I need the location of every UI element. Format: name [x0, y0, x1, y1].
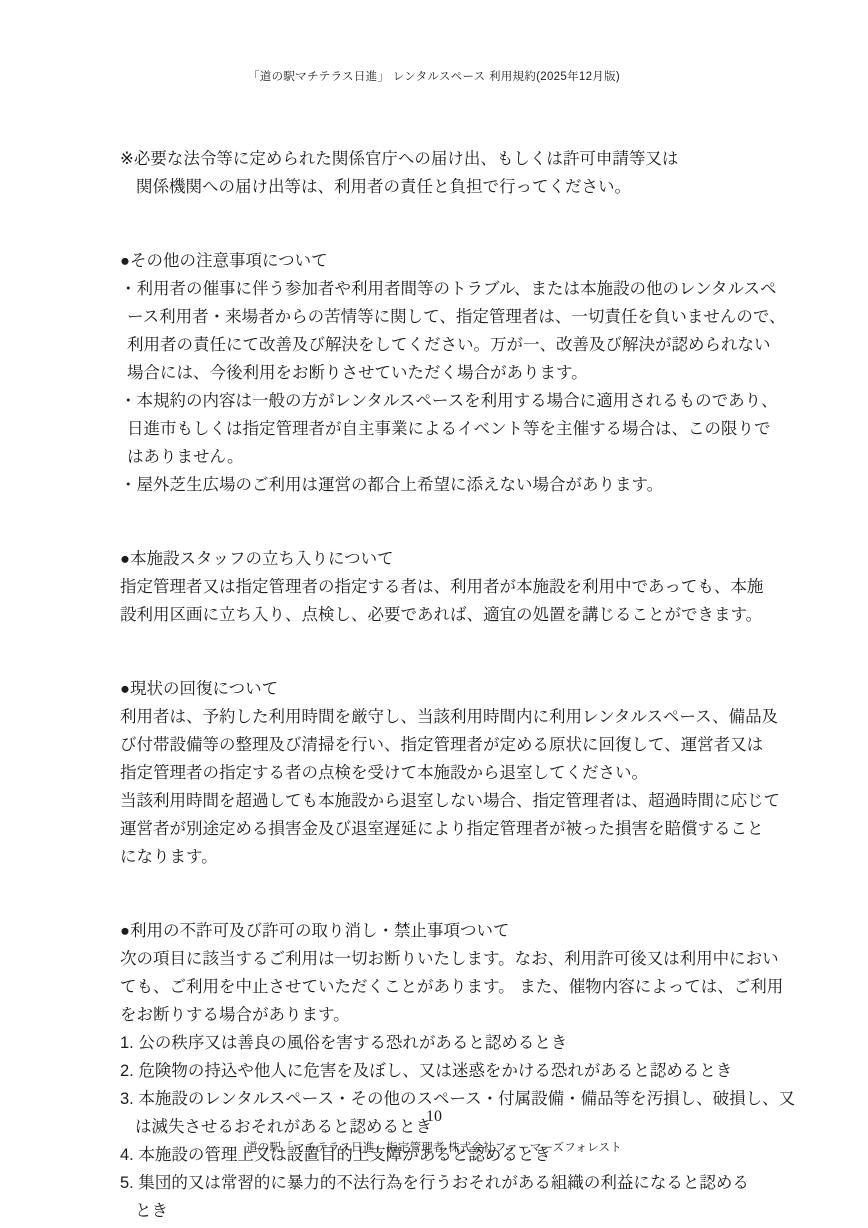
text-line: ース利用者・来場者からの苦情等に関して、指定管理者は、一切責任を負いませんので、 [120, 303, 760, 331]
text-line: 日進市もしくは指定管理者が自主事業によるイベント等を主催する場合は、この限りで [120, 415, 760, 443]
text-line: になります。 [120, 843, 760, 871]
note-block: ※必要な法令等に定められた関係官庁への届け出、もしくは許可申請等又は 関係機関へ… [120, 145, 760, 201]
text-line: ・屋外芝生広場のご利用は運営の都合上希望に添えない場合があります。 [120, 471, 760, 499]
text-line: ※必要な法令等に定められた関係官庁への届け出、もしくは許可申請等又は [120, 145, 760, 173]
list-item: 1. 公の秩序又は善良の風俗を害する恐れがあると認めるとき [120, 1029, 760, 1057]
text-line: はありません。 [120, 443, 760, 471]
section-heading: ●本施設スタッフの立ち入りについて [120, 545, 760, 573]
section-prohibition: ●利用の不許可及び許可の取り消し・禁止事項ついて 次の項目に該当するご利用は一切… [120, 917, 760, 1225]
section-heading: ●その他の注意事項について [120, 247, 760, 275]
text-line: 指定管理者の指定する者の点検を受けて本施設から退室してください。 [120, 759, 760, 787]
section-heading: ●現状の回復について [120, 675, 760, 703]
text-line: 運営者が別途定める損害金及び退室遅延により指定管理者が被った損害を賠償すること [120, 815, 760, 843]
text-line: 次の項目に該当するご利用は一切お断りいたします。なお、利用許可後又は利用中におい [120, 945, 760, 973]
section-heading: ●利用の不許可及び許可の取り消し・禁止事項ついて [120, 917, 760, 945]
text-line: 関係機関への届け出等は、利用者の責任と負担で行ってください。 [120, 173, 760, 201]
text-line: び付帯設備等の整理及び清掃を行い、指定管理者が定める原状に回復して、運営者又は [120, 731, 760, 759]
text-line: 設利用区画に立ち入り、点検し、必要であれば、適宜の処置を講じることができます。 [120, 601, 760, 629]
list-item: 2. 危険物の持込や他人に危害を及ぼし、又は迷惑をかける恐れがあると認めるとき [120, 1057, 760, 1085]
list-item: 5. 集団的又は常習的に暴力的不法行為を行うおそれがある組織の利益になると認める [120, 1169, 760, 1197]
section-staff-entry: ●本施設スタッフの立ち入りについて 指定管理者又は指定管理者の指定する者は、利用… [120, 545, 760, 629]
document-page: 「道の駅マチテラス日進」 レンタルスペース 利用規約(2025年12月版) ※必… [0, 0, 868, 1228]
text-line: 指定管理者又は指定管理者の指定する者は、利用者が本施設を利用中であっても、本施 [120, 573, 760, 601]
list-item-continuation: とき [120, 1197, 760, 1225]
document-title: 「道の駅マチテラス日進」 レンタルスペース 利用規約(2025年12月版) [0, 68, 868, 84]
document-content: ※必要な法令等に定められた関係官庁への届け出、もしくは許可申請等又は 関係機関へ… [120, 145, 760, 1225]
text-line: ・利用者の催事に伴う参加者や利用者間等のトラブル、または本施設の他のレンタルスペ [120, 275, 760, 303]
page-number: 10 [0, 1108, 868, 1126]
text-line: ても、ご利用を中止させていただくことがあります。 また、催物内容によっては、ご利… [120, 973, 760, 1001]
section-restoration: ●現状の回復について 利用者は、予約した利用時間を厳守し、当該利用時間内に利用レ… [120, 675, 760, 871]
text-line: 当該利用時間を超過しても本施設から退室しない場合、指定管理者は、超過時間に応じて [120, 787, 760, 815]
document-footer: 道の駅「マチテラス日進」指定管理者 株式会社ファーマーズフォレスト [0, 1139, 868, 1155]
text-line: をお断りする場合があります。 [120, 1001, 760, 1029]
text-line: ・本規約の内容は一般の方がレンタルスペースを利用する場合に適用されるものであり、 [120, 387, 760, 415]
text-line: 場合には、今後利用をお断りさせていただく場合があります。 [120, 359, 760, 387]
text-line: 利用者の責任にて改善及び解決をしてください。万が一、改善及び解決が認められない [120, 331, 760, 359]
section-other-notes: ●その他の注意事項について ・利用者の催事に伴う参加者や利用者間等のトラブル、ま… [120, 247, 760, 499]
text-line: 利用者は、予約した利用時間を厳守し、当該利用時間内に利用レンタルスペース、備品及 [120, 703, 760, 731]
